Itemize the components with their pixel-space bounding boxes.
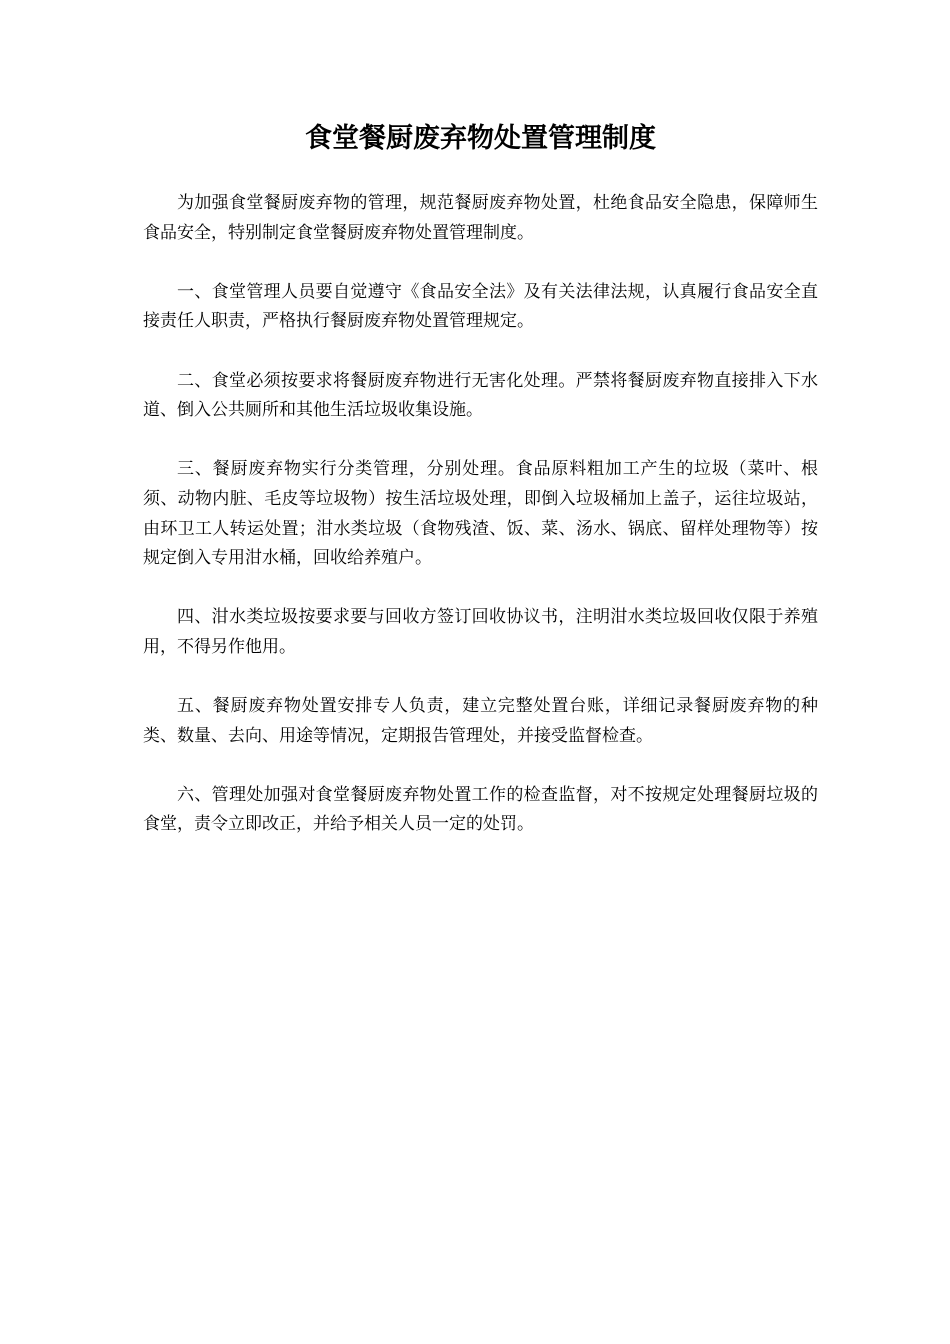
paragraph-item-2: 二、食堂必须按要求将餐厨废弃物进行无害化处理。严禁将餐厨废弃物直接排入下水道、倒… (143, 367, 818, 426)
paragraph-item-6: 六、管理处加强对食堂餐厨废弃物处置工作的检查监督，对不按规定处理餐厨垃圾的食堂，… (143, 781, 818, 840)
paragraph-item-1: 一、食堂管理人员要自觉遵守《食品安全法》及有关法律法规，认真履行食品安全直接责任… (143, 278, 818, 337)
paragraph-item-5: 五、餐厨废弃物处置安排专人负责，建立完整处置台账，详细记录餐厨废弃物的种类、数量… (143, 692, 818, 751)
document-title: 食堂餐厨废弃物处置管理制度 (143, 125, 818, 153)
paragraph-item-4: 四、泔水类垃圾按要求要与回收方签订回收协议书，注明泔水类垃圾回收仅限于养殖用，不… (143, 603, 818, 662)
paragraph-intro: 为加强食堂餐厨废弃物的管理，规范餐厨废弃物处置，杜绝食品安全隐患，保障师生食品安… (143, 189, 818, 248)
paragraph-item-3: 三、餐厨废弃物实行分类管理，分别处理。食品原料粗加工产生的垃圾（菜叶、根须、动物… (143, 455, 818, 573)
document-page: 食堂餐厨废弃物处置管理制度 为加强食堂餐厨废弃物的管理，规范餐厨废弃物处置，杜绝… (0, 0, 950, 1344)
